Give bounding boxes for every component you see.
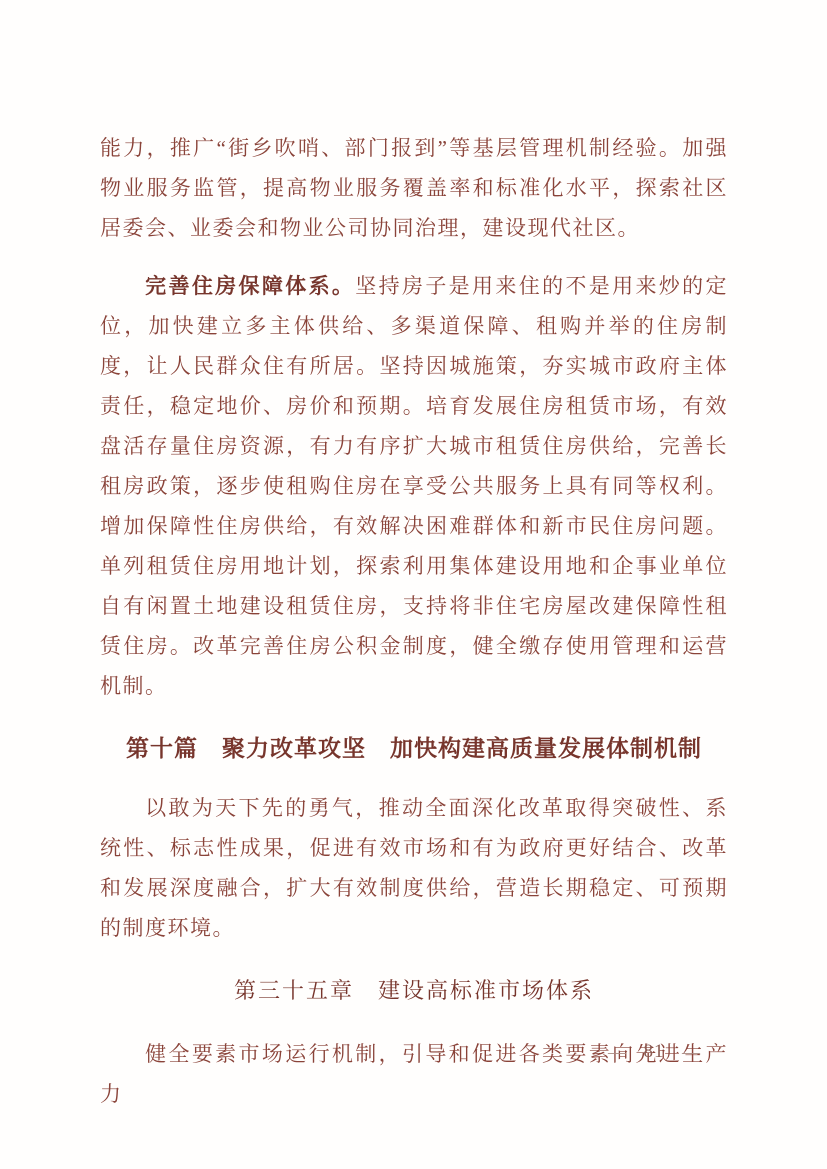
page-number-value: 81 [644, 1040, 665, 1064]
body-paragraph-continuation: 能力，推广“街乡吹哨、部门报到”等基层管理机制经验。加强物业服务监管，提高物业服… [100, 128, 728, 248]
paragraph-body-text: 坚持房子是用来住的不是用来炒的定位，加快建立多主体供给、多渠道保障、租购并举的住… [100, 274, 728, 698]
page-number: — 81 — [608, 1040, 700, 1064]
document-page: 能力，推广“街乡吹哨、部门报到”等基层管理机制经验。加强物业服务监管，提高物业服… [0, 0, 827, 1169]
body-paragraph-housing: 完善住房保障体系。坚持房子是用来住的不是用来炒的定位，加快建立多主体供给、多渠道… [100, 266, 728, 706]
page-number-dash-left: — [608, 1040, 626, 1064]
paragraph-bold-lead: 完善住房保障体系。 [145, 274, 355, 298]
section-heading-part-ten: 第十篇 聚力改革攻坚 加快构建高质量发展体制机制 [100, 728, 728, 768]
chapter-heading-35: 第三十五章 建设高标准市场体系 [100, 972, 728, 1010]
body-paragraph-reform-intro: 以敢为天下先的勇气，推动全面深化改革取得突破性、系统性、标志性成果，促进有效市场… [100, 788, 728, 948]
document-content: 能力，推广“街乡吹哨、部门报到”等基层管理机制经验。加强物业服务监管，提高物业服… [100, 128, 728, 1114]
page-number-dash-right: — [682, 1040, 700, 1064]
